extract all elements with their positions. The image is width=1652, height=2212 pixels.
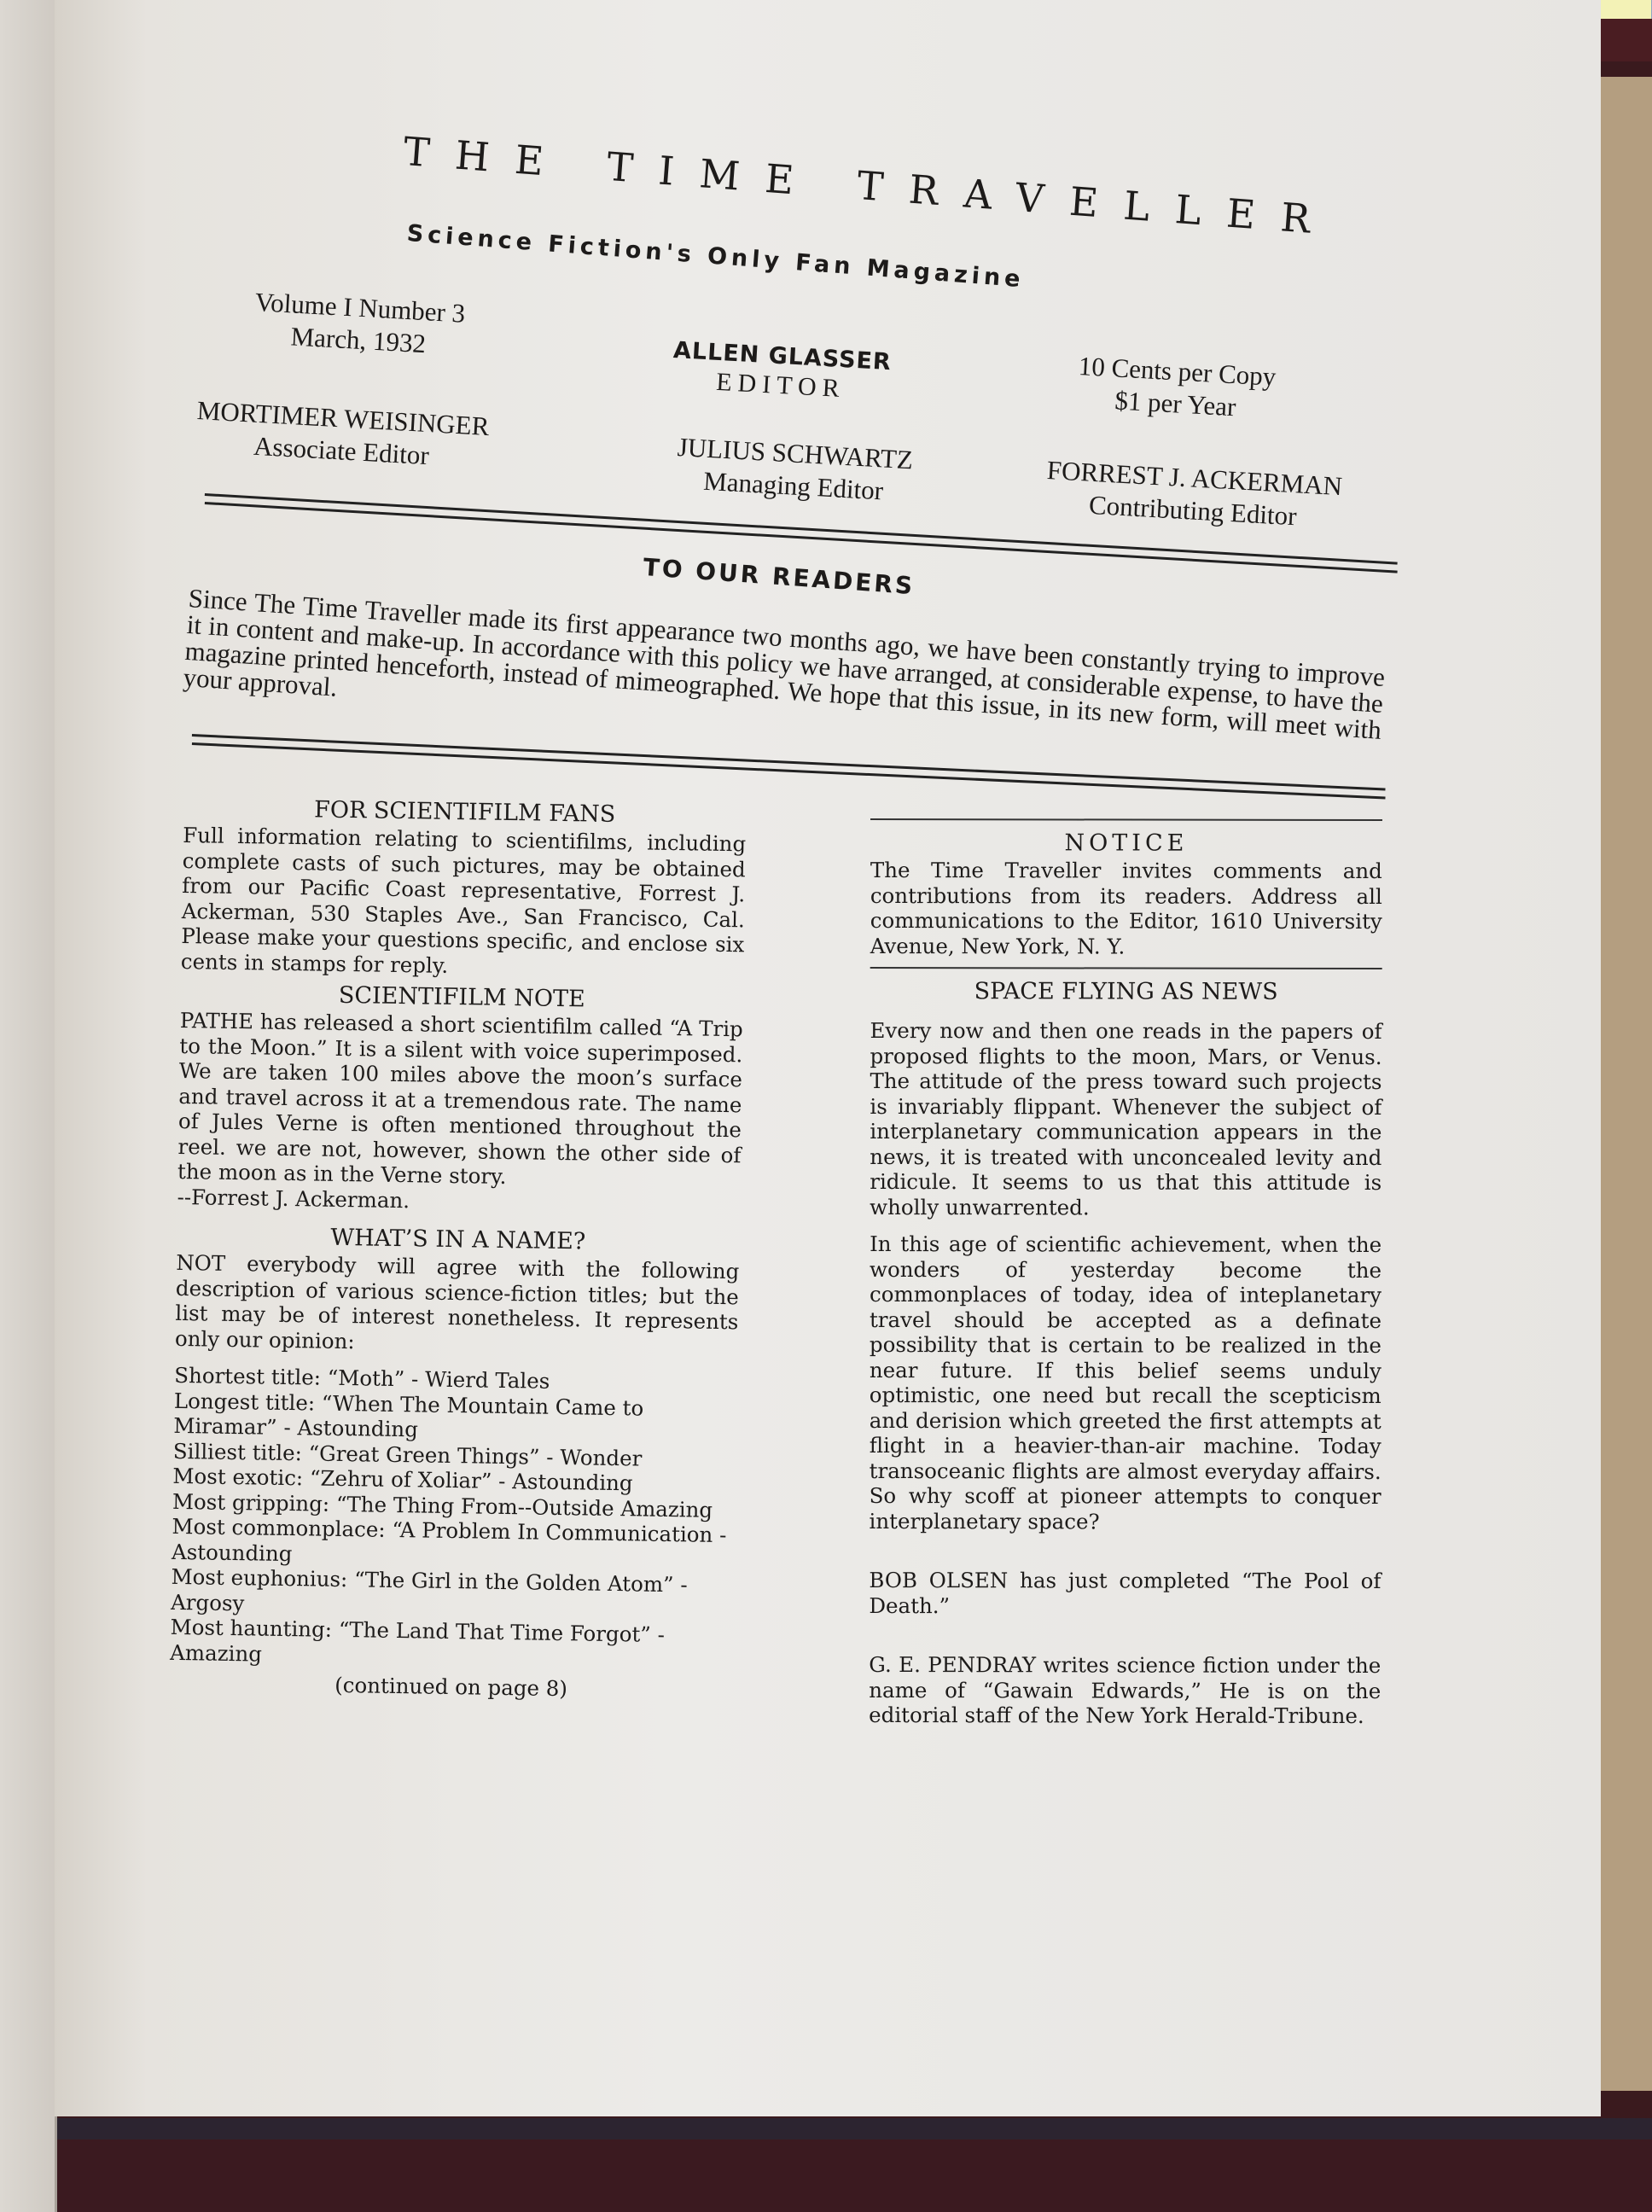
whats-in-a-name-intro: NOT everybody will agree with the follow… — [175, 1250, 740, 1359]
price-block: 10 Cents per Copy $1 per Year — [1076, 350, 1277, 426]
notice-rule-top — [870, 818, 1382, 821]
magazine-title: THE TIME TRAVELLER — [402, 128, 1337, 244]
list-item: Longest title: “When The Mountain Came t… — [173, 1388, 737, 1447]
list-item-label: Longest title: — [174, 1388, 316, 1415]
list-item-entry: “Moth” - Wierd Tales — [328, 1365, 550, 1394]
issue-info: Volume I Number 3 March, 1932 — [253, 286, 466, 363]
scientifilm-note-body: PATHE has released a short scientifilm c… — [177, 1008, 743, 1193]
list-item-label: Silliest title: — [173, 1438, 302, 1464]
notice-heading: NOTICE — [870, 829, 1382, 859]
list-item-label: Most euphonius: — [171, 1564, 347, 1592]
left-column: FOR SCIENTIFILM FANS Full information re… — [169, 794, 747, 1704]
list-item: Most haunting: “The Land That Time Forgo… — [170, 1615, 734, 1674]
list-item-label: Most gripping: — [172, 1488, 330, 1516]
space-flying-heading: SPACE FLYING AS NEWS — [870, 977, 1382, 1007]
space-flying-paragraph-1: Every now and then one reads in the pape… — [870, 1018, 1382, 1220]
page-content: THE TIME TRAVELLER Science Fiction's Onl… — [0, 0, 1652, 2212]
list-item-label: Most haunting: — [170, 1615, 332, 1642]
list-item-label: Shortest title: — [174, 1363, 321, 1390]
list-item: Most euphonius: “The Girl in the Golden … — [171, 1564, 735, 1623]
to-our-readers-heading: TO OUR READERS — [643, 553, 916, 600]
list-item-label: Most exotic: — [172, 1464, 303, 1490]
scientifilm-fans-body: Full information relating to scientifilm… — [181, 823, 747, 982]
contributing-editor-block: FORREST J. ACKERMAN Contributing Editor — [1044, 454, 1343, 535]
list-item-label: Most commonplace: — [172, 1514, 386, 1542]
pendray-note: G. E. PENDRAY writes science fiction und… — [869, 1652, 1381, 1729]
bob-olsen-note: BOB OLSEN has just completed “The Pool o… — [869, 1568, 1381, 1619]
editor-block: ALLEN GLASSER EDITOR — [671, 337, 892, 408]
managing-editor-block: JULIUS SCHWARTZ Managing Editor — [675, 431, 914, 509]
associate-editor-block: MORTIMER WEISINGER Associate Editor — [195, 394, 491, 475]
notice-body: The Time Traveller invites comments and … — [870, 858, 1382, 959]
notice-rule-bottom — [870, 967, 1382, 969]
magazine-subtitle: Science Fiction's Only Fan Magazine — [406, 220, 1026, 293]
right-column: NOTICE The Time Traveller invites commen… — [869, 815, 1382, 1729]
continued-note: (continued on page 8) — [169, 1670, 732, 1704]
space-flying-paragraph-2: In this age of scientific achievement, w… — [870, 1231, 1382, 1534]
list-item: Most commonplace: “A Problem In Communic… — [172, 1514, 736, 1573]
